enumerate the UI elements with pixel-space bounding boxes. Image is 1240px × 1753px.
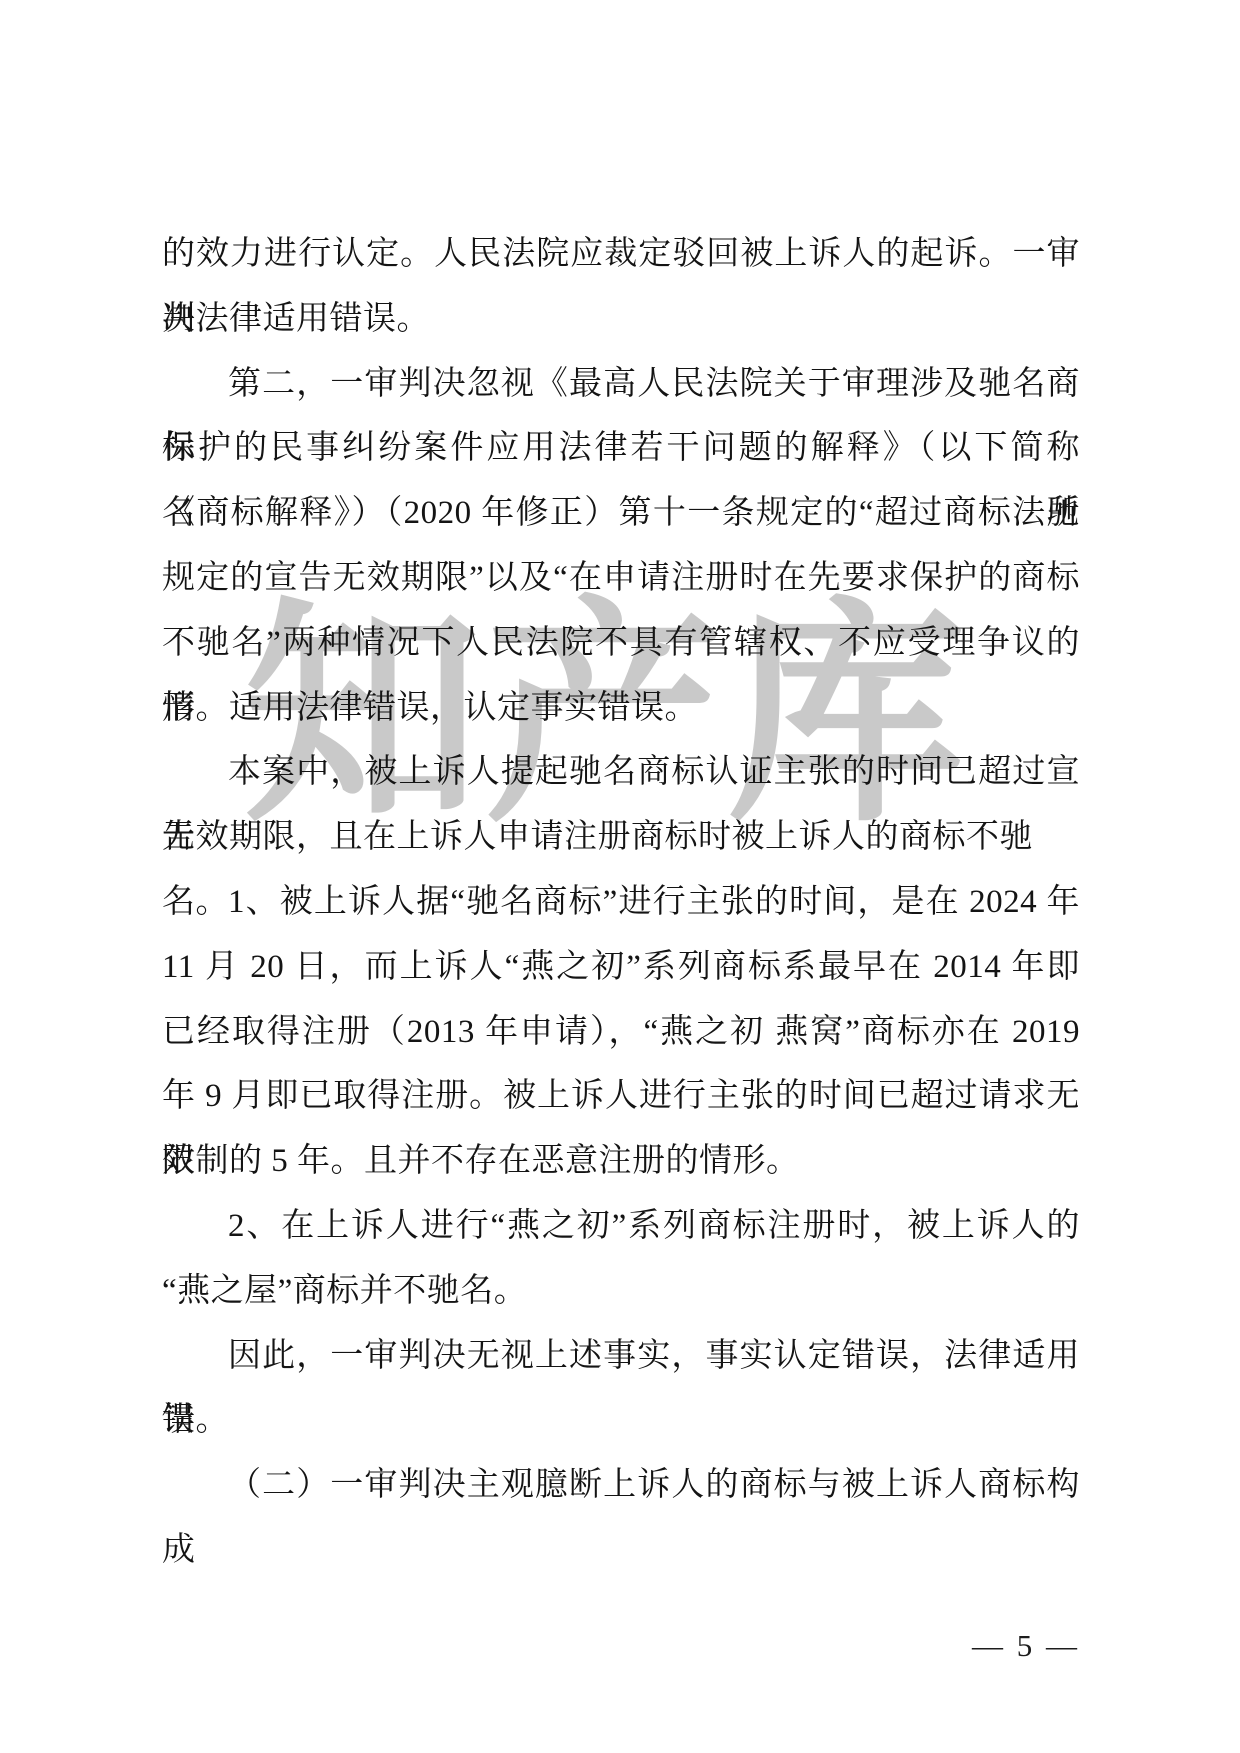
text-line: 本案中，被上诉人提起驰名商标认证主张的时间已超过宣告 xyxy=(162,740,1080,805)
text-line: 因此，一审判决无视上述事实，事实认定错误，法律适用错 xyxy=(162,1324,1080,1389)
text-line: 的效力进行认定。人民法院应裁定驳回被上诉人的起诉。一审判 xyxy=(162,222,1080,287)
text-line: 保护的民事纠纷案件应用法律若干问题的解释》（以下简称《驰 xyxy=(162,416,1080,481)
text-line: 年 9 月即已取得注册。被上诉人进行主张的时间已超过请求无效 xyxy=(162,1064,1080,1129)
document-body: 的效力进行认定。人民法院应裁定驳回被上诉人的起诉。一审判决法律适用错误。第二，一… xyxy=(162,222,1080,1518)
text-line: 误。 xyxy=(162,1388,1080,1453)
text-line: 无效期限，且在上诉人申请注册商标时被上诉人的商标不驰名。 xyxy=(162,805,1080,870)
text-line: 1、被上诉人据“驰名商标”进行主张的时间，是在 2024 年 xyxy=(162,870,1080,935)
text-line: 第二，一审判决忽视《最高人民法院关于审理涉及驰名商标 xyxy=(162,352,1080,417)
text-line: 形。适用法律错误，认定事实错误。 xyxy=(162,676,1080,741)
text-line: 决法律适用错误。 xyxy=(162,287,1080,352)
text-line: 限制的 5 年。且并不存在恶意注册的情形。 xyxy=(162,1129,1080,1194)
text-line: “燕之屋”商标并不驰名。 xyxy=(162,1259,1080,1324)
text-line: 11 月 20 日，而上诉人“燕之初”系列商标系最早在 2014 年即 xyxy=(162,935,1080,1000)
page-number: — 5 — xyxy=(972,1628,1080,1664)
text-line: 规定的宣告无效期限”以及“在申请注册时在先要求保护的商标 xyxy=(162,546,1080,611)
text-line: 已经取得注册（2013 年申请），“燕之初 燕窝”商标亦在 2019 xyxy=(162,1000,1080,1065)
text-line: 不驰名”两种情况下人民法院不具有管辖权、不应受理争议的情 xyxy=(162,611,1080,676)
text-line: （二）一审判决主观臆断上诉人的商标与被上诉人商标构成 xyxy=(162,1453,1080,1518)
document-page: 知产库 的效力进行认定。人民法院应裁定驳回被上诉人的起诉。一审判决法律适用错误。… xyxy=(0,0,1240,1753)
text-line: 名商标解释》）（2020 年修正）第十一条规定的“超过商标法所 xyxy=(162,481,1080,546)
text-line: 2、在上诉人进行“燕之初”系列商标注册时，被上诉人的 xyxy=(162,1194,1080,1259)
